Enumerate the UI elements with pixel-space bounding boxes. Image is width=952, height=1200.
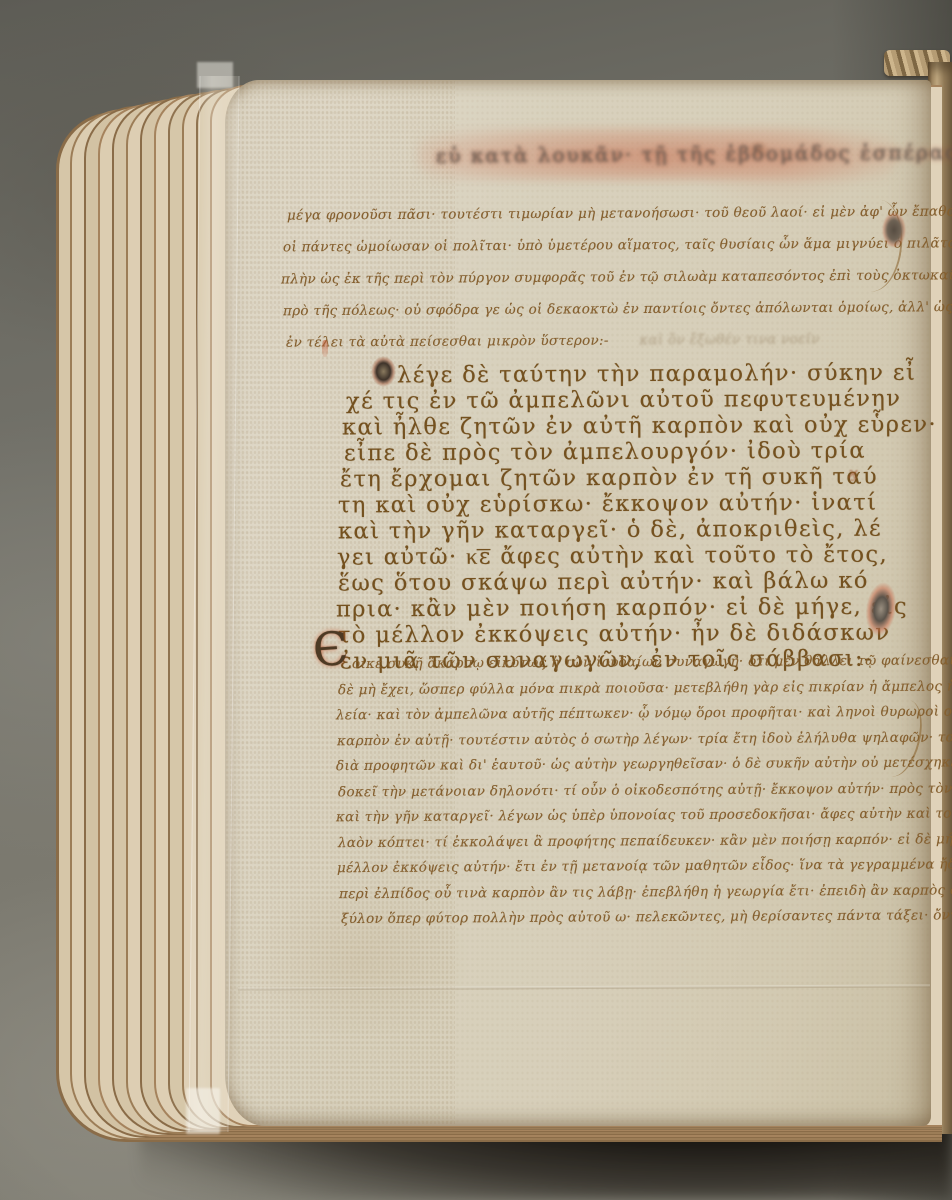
repair-tape-bottom-end: [186, 1088, 220, 1134]
faint-red-mark: ϗ: [848, 466, 858, 481]
gospel-line: καὶ τὴν γῆν καταργεῖ· ὁ δὲ, ἀποκριθεὶς, …: [338, 518, 882, 543]
rubric-title: εὐ κατὰ λουκᾶν· τῇ τῆς ἑβδομάδος ἑσπέρας…: [436, 140, 876, 167]
gospel-line: πρια· κἂν μὲν ποιήση καρπόν· εἰ δὲ μήγε,…: [336, 596, 908, 621]
gospel-line: τη καὶ οὐχ εὑρίσκω· ἔκκοψον αὐτήν· ἱνατί: [338, 492, 877, 517]
gospel-line: ἕως ὅτου σκάψω περὶ αὐτήν· καὶ βάλω κό: [338, 570, 869, 595]
gospel-line: εἶπε δὲ πρὸς τὸν ἀμπελουργόν· ἰδοὺ τρία: [344, 440, 866, 465]
erased-text: καὶ ὃν ἔξωθέν τινα νοεῖν: [639, 331, 820, 348]
right-margin-smudge: [882, 212, 906, 248]
commentary-line: καρπὸν ἐν αὐτῇ· τουτέστιν αὐτὸς ὁ σωτὴρ …: [337, 731, 952, 749]
commentary-line: ἐν τέλει τὰ αὐτὰ πείσεσθαι μικρὸν ὕστερο…: [286, 333, 820, 350]
commentary-line-text: ἐν τέλει τὰ αὐτὰ πείσεσθαι μικρὸν ὕστερο…: [286, 333, 609, 351]
stain: [250, 880, 470, 1040]
commentary-line: δοκεῖ τὴν μετάνοιαν δηλονότι· τί οὖν ὁ ο…: [338, 782, 952, 800]
left-red-tick: [322, 340, 328, 357]
lection-marker-icon: [371, 356, 396, 387]
gospel-line: γει αὐτῶ· κ͞ε ἄφες αὐτὴν καὶ τοῦτο τὸ ἔτ…: [337, 544, 888, 569]
commentary-line: λεία· καὶ τὸν ἀμπελῶνα αὐτῆς πέπτωκεν· ᾧ…: [336, 705, 952, 723]
manuscript-photo: εὐ κατὰ λουκᾶν· τῇ τῆς ἑβδομάδος ἑσπέρας…: [0, 0, 952, 1200]
gospel-line: λέγε δὲ ταύτην τὴν παραμολήν· σύκην εἶ: [397, 362, 916, 387]
gospel-line: τὸ μέλλον ἐκκόψεις αὐτήν· ἦν δὲ διδάσκων: [338, 622, 890, 647]
commentary-line: καὶ τὴν γῆν καταργεῖ· λέγων ὡς ὑπὲρ ὑπον…: [336, 807, 952, 825]
gospel-line: χέ τις ἐν τῶ ἀμπελῶνι αὐτοῦ πεφυτευμένην: [346, 388, 901, 413]
gospel-line: ἔτη ἔρχομαι ζητῶν καρπὸν ἐν τῆ συκῆ ταύ: [340, 466, 878, 491]
repair-tape-top-end: [197, 62, 233, 88]
commentary-line: οικε συκῇ ἀκάρπῳ εἰκότως ἡ τῶν ἰουδαίων …: [352, 654, 952, 672]
initial-epsilon: Є: [311, 625, 349, 673]
commentary-line: δὲ μὴ ἔχει, ὥσπερ φύλλα μόνα πικρὰ ποιοῦ…: [338, 680, 952, 698]
gospel-line: καὶ ἦλθε ζητῶν ἐν αὐτῆ καρπὸν καὶ οὐχ εὗ…: [342, 413, 937, 439]
